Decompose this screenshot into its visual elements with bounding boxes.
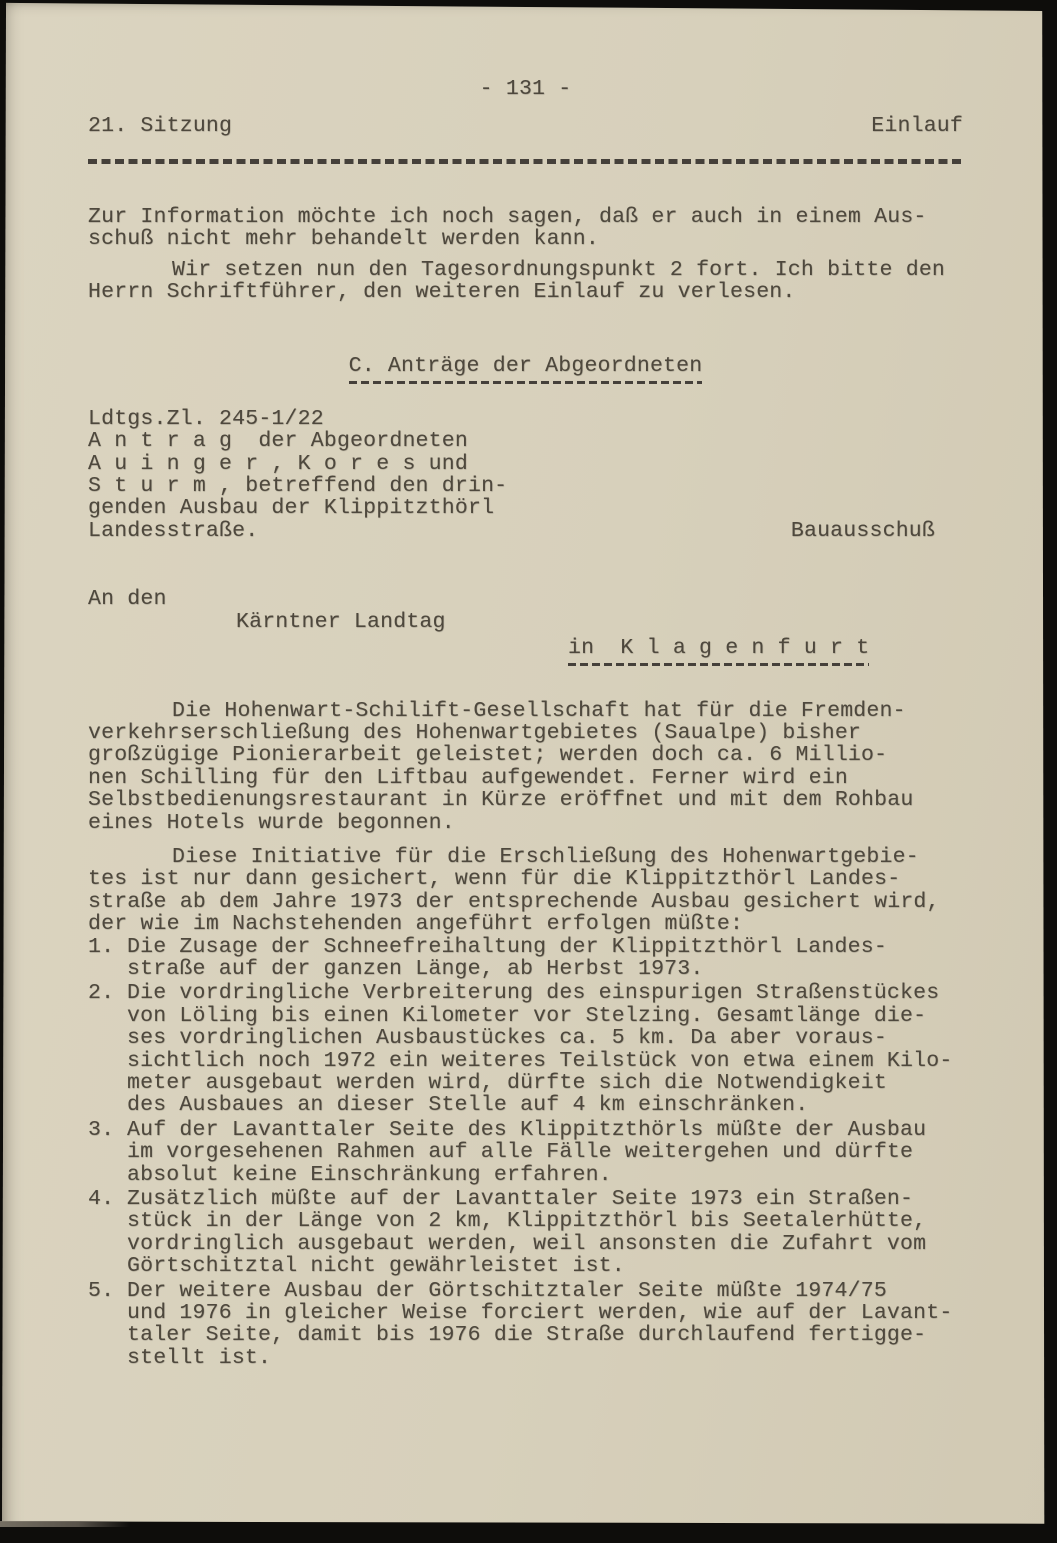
text-line: Wir setzen nun den Tagesordnungspunkt 2 … <box>88 259 963 281</box>
address-to: An den <box>88 588 963 610</box>
section-heading-block: C. Anträge der Abgeordneten <box>88 355 963 383</box>
list-item-number: 3. <box>88 1119 114 1141</box>
session-title: 21. Sitzung <box>88 115 232 137</box>
address-place: in K l a g e n f u r t <box>568 636 869 660</box>
text-line: im vorgesehenen Rahmen auf alle Fälle we… <box>127 1141 963 1163</box>
text-line: taler Seite, damit bis 1976 die Straße d… <box>127 1324 963 1346</box>
text-line: Herrn Schriftführer, den weiteren Einlau… <box>88 281 963 303</box>
list-item-number: 5. <box>88 1280 114 1302</box>
page-content: - 131 - 21. Sitzung Einlauf Zur Informat… <box>88 0 963 1369</box>
page-number: - 131 - <box>88 78 963 100</box>
text-line: stellt ist. <box>127 1347 963 1369</box>
text-line: der wie im Nachstehenden angeführt erfol… <box>88 913 963 935</box>
text-line: tes ist nur dann gesichert, wenn für die… <box>88 868 963 890</box>
list-item: 4. Zusätzlich müßte auf der Lavanttaler … <box>88 1188 963 1278</box>
list-item-number: 2. <box>88 982 114 1004</box>
list-item: 3. Auf der Lavanttaler Seite des Klippit… <box>88 1119 963 1186</box>
motion-block: Ldtgs.Zl. 245-1/22 A n t r a g der Abgeo… <box>88 408 963 542</box>
address-place-block: in K l a g e n f u r t <box>568 637 963 665</box>
text-line: straße ab dem Jahre 1973 der entsprechen… <box>88 891 963 913</box>
list-item: 1. Die Zusage der Schneefreihaltung der … <box>88 936 963 981</box>
text-line: Görtschitztal nicht gewährleistet ist. <box>127 1255 963 1277</box>
motion-line: S t u r m , betreffend den drin- <box>88 475 963 497</box>
text-line: des Ausbaues an dieser Stelle auf 4 km e… <box>127 1094 963 1116</box>
intro-paragraph-1: Zur Information möchte ich noch sagen, d… <box>88 206 963 251</box>
motion-line: A u i n g e r , K o r e s und <box>88 453 963 475</box>
text-line: meter ausgebaut werden wird, dürfte sich… <box>127 1072 963 1094</box>
intro-paragraph-2: Wir setzen nun den Tagesordnungspunkt 2 … <box>88 259 963 304</box>
text-line: Die vordringliche Verbreiterung des eins… <box>127 982 963 1004</box>
section-label: Einlauf <box>871 115 963 137</box>
committee-assignment: Bauausschuß <box>791 520 935 542</box>
text-line: vordringlich ausgebaut werden, weil anso… <box>127 1233 963 1255</box>
address-block: An den Kärntner Landtag in K l a g e n f… <box>88 588 963 665</box>
text-line: Auf der Lavanttaler Seite des Klippitzth… <box>127 1119 963 1141</box>
text-line: ses vordringlichen Ausbaustückes ca. 5 k… <box>127 1027 963 1049</box>
list-item-number: 1. <box>88 936 114 958</box>
header-divider <box>88 159 963 164</box>
demand-list: 1. Die Zusage der Schneefreihaltung der … <box>88 936 963 1370</box>
document-page: - 131 - 21. Sitzung Einlauf Zur Informat… <box>0 0 1057 1543</box>
text-line: von Löling bis einen Kilometer vor Stelz… <box>127 1005 963 1027</box>
text-line: straße auf der ganzen Länge, ab Herbst 1… <box>127 958 963 980</box>
section-heading-underline <box>349 381 703 384</box>
address-recipient: Kärntner Landtag <box>236 611 963 633</box>
motion-line: A n t r a g der Abgeordneten <box>88 430 963 452</box>
list-item-number: 4. <box>88 1188 114 1210</box>
text-line: absolut keine Einschränkung erfahren. <box>127 1164 963 1186</box>
list-item: 2. Die vordringliche Verbreiterung des e… <box>88 982 963 1116</box>
text-line: großzügige Pionierarbeit geleistet; werd… <box>88 744 963 766</box>
body-paragraph-1: Die Hohenwart-Schilift-Gesellschaft hat … <box>88 700 963 834</box>
text-line: Zusätzlich müßte auf der Lavanttaler Sei… <box>127 1188 963 1210</box>
motion-reference: Ldtgs.Zl. 245-1/22 <box>88 408 963 430</box>
text-line: Selbstbedienungsrestaurant in Kürze eröf… <box>88 789 963 811</box>
text-line: sichtlich noch 1972 ein weiteres Teilstü… <box>127 1050 963 1072</box>
text-line: stück in der Länge von 2 km, Klippitzthö… <box>127 1210 963 1232</box>
text-line: Die Hohenwart-Schilift-Gesellschaft hat … <box>88 700 963 722</box>
text-line: Der weitere Ausbau der Görtschitztaler S… <box>127 1280 963 1302</box>
text-line: Diese Initiative für die Erschließung de… <box>88 846 963 868</box>
text-line: und 1976 in gleicher Weise forciert werd… <box>127 1302 963 1324</box>
scan-smudge <box>0 1521 130 1527</box>
list-item: 5. Der weitere Ausbau der Görtschitztale… <box>88 1280 963 1370</box>
body-paragraph-2: Diese Initiative für die Erschließung de… <box>88 846 963 936</box>
section-heading: C. Anträge der Abgeordneten <box>349 354 703 378</box>
text-line: nen Schilling für den Liftbau aufgewende… <box>88 767 963 789</box>
text-line: eines Hotels wurde begonnen. <box>88 812 963 834</box>
text-line: Die Zusage der Schneefreihaltung der Kli… <box>127 936 963 958</box>
address-place-underline <box>568 663 869 666</box>
page-header: 21. Sitzung Einlauf <box>88 115 963 137</box>
motion-line: genden Ausbau der Klippitzthörl <box>88 497 963 519</box>
text-line: verkehrserschließung des Hohenwartgebiet… <box>88 722 963 744</box>
text-line: Zur Information möchte ich noch sagen, d… <box>88 206 963 228</box>
text-line: schuß nicht mehr behandelt werden kann. <box>88 228 963 250</box>
